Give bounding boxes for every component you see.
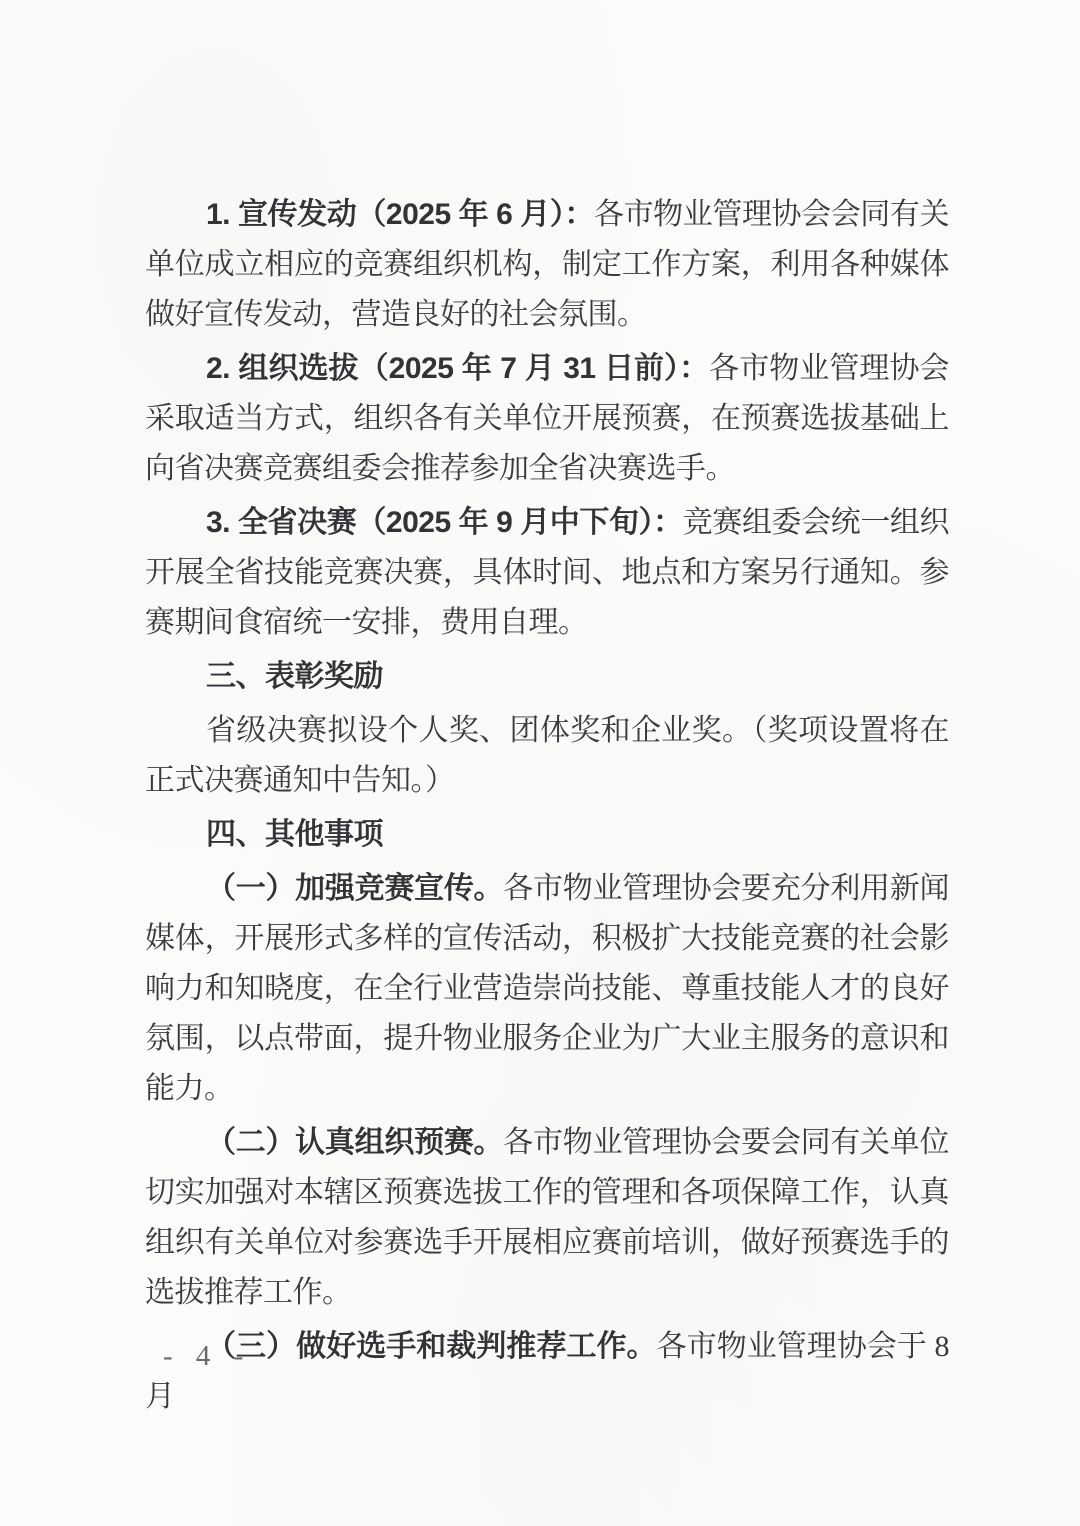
paragraph-item-1-lead: （一）加强竞赛宣传。 [206,872,503,905]
paragraph-step-3-lead: 3. 全省决赛（2025 年 9 月中下旬）： [206,506,683,539]
section-heading-other-matters-label: 四、其他事项 [206,818,383,851]
page-number: - 4 - [163,1340,251,1373]
paragraph-step-1-lead: 1. 宣传发动（2025 年 6 月）： [206,198,594,231]
paragraph-item-2-preliminary: （二）认真组织预赛。各市物业管理协会要会同有关单位切实加强对本辖区预赛选拔工作的… [145,1118,949,1318]
paragraph-awards-body-text: 省级决赛拟设个人奖、团体奖和企业奖。（奖项设置将在正式决赛通知中告知。） [145,714,949,797]
section-heading-awards-label: 三、表彰奖励 [206,660,383,693]
paragraph-item-3-recommendation: （三）做好选手和裁判推荐工作。各市物业管理协会于 8 月 [145,1322,949,1422]
paragraph-step-2: 2. 组织选拔（2025 年 7 月 31 日前）：各市物业管理协会采取适当方式… [145,344,949,494]
paragraph-item-1-publicity: （一）加强竞赛宣传。各市物业管理协会要充分利用新闻媒体，开展形式多样的宣传活动，… [145,864,949,1114]
section-heading-other-matters: 四、其他事项 [145,810,949,860]
paragraph-step-3: 3. 全省决赛（2025 年 9 月中下旬）：竞赛组委会统一组织开展全省技能竞赛… [145,498,949,648]
scanned-document-page: { "document": { "paragraphs": [ { "lead"… [0,0,1080,1526]
paragraph-item-2-lead: （二）认真组织预赛。 [206,1126,503,1159]
paragraph-item-1-text: 各市物业管理协会要充分利用新闻媒体，开展形式多样的宣传活动，积极扩大技能竞赛的社… [145,872,949,1105]
document-text-block: 1. 宣传发动（2025 年 6 月）：各市物业管理协会会同有关单位成立相应的竞… [145,190,949,1426]
section-heading-awards: 三、表彰奖励 [145,652,949,702]
paragraph-awards-body: 省级决赛拟设个人奖、团体奖和企业奖。（奖项设置将在正式决赛通知中告知。） [145,706,949,806]
paragraph-item-3-lead: （三）做好选手和裁判推荐工作。 [206,1330,657,1363]
paragraph-step-2-lead: 2. 组织选拔（2025 年 7 月 31 日前）： [206,352,709,385]
paragraph-step-1: 1. 宣传发动（2025 年 6 月）：各市物业管理协会会同有关单位成立相应的竞… [145,190,949,340]
